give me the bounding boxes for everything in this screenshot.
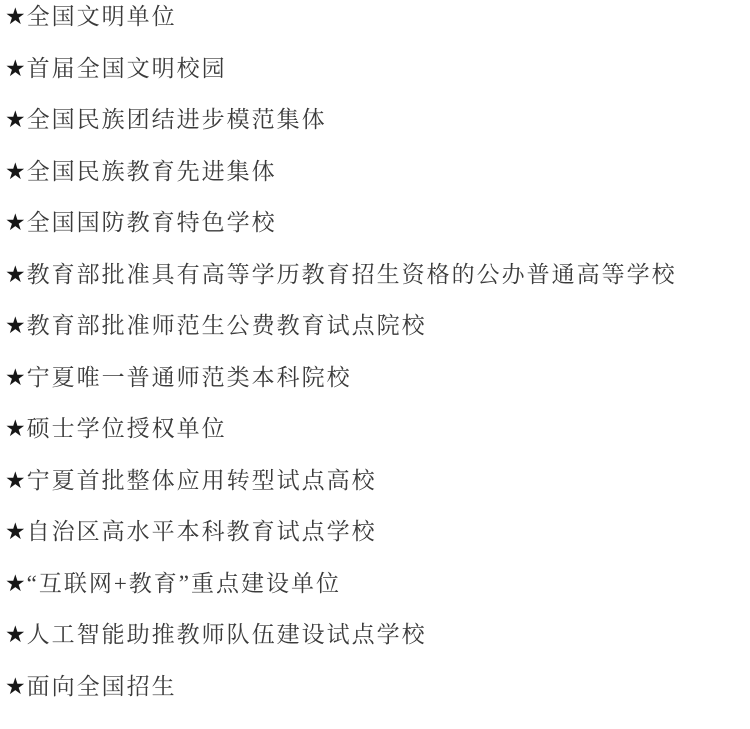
star-bullet-icon: ★ — [5, 3, 26, 30]
list-item-text: 硕士学位授权单位 — [27, 415, 227, 442]
star-bullet-icon: ★ — [5, 621, 26, 648]
star-bullet-icon: ★ — [5, 518, 26, 545]
list-item-text: 全国国防教育特色学校 — [27, 209, 277, 236]
list-item: ★ 教育部批准师范生公费教育试点院校 — [5, 312, 750, 364]
list-item-text: 教育部批准具有高等学历教育招生资格的公办普通高等学校 — [27, 261, 677, 288]
list-item: ★ 全国民族教育先进集体 — [5, 158, 750, 210]
list-item: ★ 自治区高水平本科教育试点学校 — [5, 518, 750, 570]
list-item-text: “互联网+教育”重点建设单位 — [27, 570, 341, 597]
list-item-text: 教育部批准师范生公费教育试点院校 — [27, 312, 427, 339]
list-item: ★ 全国文明单位 — [5, 3, 750, 55]
list-item: ★ 宁夏唯一普通师范类本科院校 — [5, 364, 750, 416]
list-item-text: 宁夏首批整体应用转型试点高校 — [27, 467, 377, 494]
list-item: ★ 全国国防教育特色学校 — [5, 209, 750, 261]
star-bullet-icon: ★ — [5, 106, 26, 133]
honors-document: ★ 全国文明单位 ★ 首届全国文明校园 ★ 全国民族团结进步模范集体 ★ 全国民… — [0, 0, 750, 729]
star-bullet-icon: ★ — [5, 467, 26, 494]
list-item-text: 人工智能助推教师队伍建设试点学校 — [27, 621, 427, 648]
list-item: ★ 人工智能助推教师队伍建设试点学校 — [5, 621, 750, 673]
list-item-text: 宁夏唯一普通师范类本科院校 — [27, 364, 352, 391]
list-item-text: 首届全国文明校园 — [27, 55, 227, 82]
star-bullet-icon: ★ — [5, 55, 26, 82]
list-item-text: 面向全国招生 — [27, 673, 177, 700]
star-bullet-icon: ★ — [5, 673, 26, 700]
list-item: ★ 硕士学位授权单位 — [5, 415, 750, 467]
star-bullet-icon: ★ — [5, 261, 26, 288]
list-item-text: 全国民族团结进步模范集体 — [27, 106, 327, 133]
list-item: ★ 面向全国招生 — [5, 673, 750, 725]
list-item: ★ 宁夏首批整体应用转型试点高校 — [5, 467, 750, 519]
star-bullet-icon: ★ — [5, 364, 26, 391]
list-item: ★ 首届全国文明校园 — [5, 55, 750, 107]
star-bullet-icon: ★ — [5, 415, 26, 442]
star-bullet-icon: ★ — [5, 570, 26, 597]
star-bullet-icon: ★ — [5, 209, 26, 236]
star-bullet-icon: ★ — [5, 312, 26, 339]
list-item: ★ 教育部批准具有高等学历教育招生资格的公办普通高等学校 — [5, 261, 750, 313]
list-item-text: 全国民族教育先进集体 — [27, 158, 277, 185]
honors-list: ★ 全国文明单位 ★ 首届全国文明校园 ★ 全国民族团结进步模范集体 ★ 全国民… — [0, 0, 750, 724]
list-item: ★ “互联网+教育”重点建设单位 — [5, 570, 750, 622]
list-item-text: 全国文明单位 — [27, 3, 177, 30]
list-item: ★ 全国民族团结进步模范集体 — [5, 106, 750, 158]
star-bullet-icon: ★ — [5, 158, 26, 185]
list-item-text: 自治区高水平本科教育试点学校 — [27, 518, 377, 545]
